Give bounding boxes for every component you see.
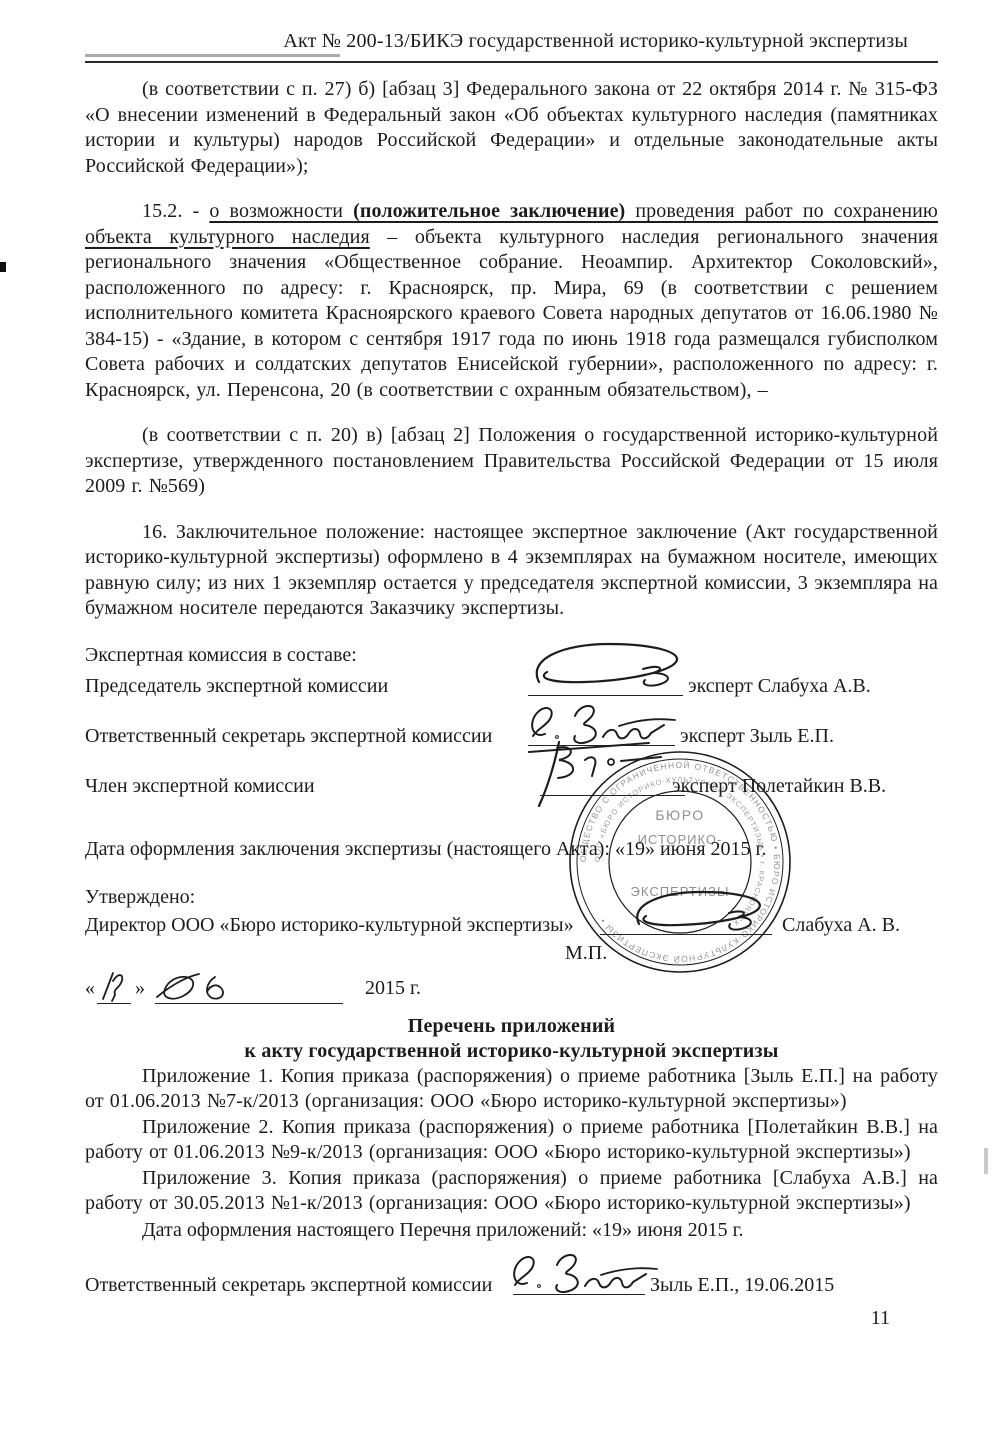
committee-intro: Экспертная комиссия в составе: [85, 642, 938, 668]
handwritten-month-line [155, 969, 343, 1004]
expert-name: эксперт Зыль Е.П. [680, 725, 834, 748]
paragraph-15-2: 15.2. - о возможности (положительное зак… [85, 199, 938, 403]
appendix-title-line1: Перечень приложений [85, 1014, 938, 1039]
secretary-name-date: Зыль Е.П., 19.06.2015 [650, 1274, 834, 1297]
paragraph-16-final-provision: 16. Заключительное положение: настоящее … [85, 520, 938, 622]
clause-number: 15.2. - [142, 200, 209, 222]
signature-zyl-footer [505, 1249, 665, 1299]
secretary-label: Ответственный секретарь экспертной комис… [85, 1274, 492, 1297]
seal-place-mark: М.П. [85, 940, 938, 966]
clause-underlined-lead: о возможности [209, 200, 353, 222]
conclusion-date-line: Дата оформления заключения экспертизы (н… [85, 836, 938, 862]
year-label: 2015 г. [365, 977, 421, 1000]
signature-poletaykin [527, 736, 677, 812]
appendix-item-2: Приложение 2. Копия приказа (распоряжени… [85, 1115, 938, 1166]
positive-conclusion-emphasis: (положительное заключение) [353, 200, 625, 222]
expert-name: эксперт Полетайкин В.В. [672, 775, 886, 798]
appendix-item-1: Приложение 1. Копия приказа (распоряжени… [85, 1064, 938, 1115]
header-rule-smear [85, 54, 340, 57]
scan-artifact-right-edge [984, 1148, 988, 1174]
role-label: Ответственный секретарь экспертной комис… [85, 725, 492, 748]
signature-row-member: Член экспертной комиссии эксперт Полетай… [85, 756, 938, 806]
expert-name: эксперт Слабуха А.В. [688, 675, 871, 698]
appendix-date-line: Дата оформления настоящего Перечня прило… [85, 1218, 938, 1244]
signature-row-secretary: Ответственный секретарь экспертной комис… [85, 706, 938, 756]
quote-close: » [135, 977, 145, 1000]
committee-block: Экспертная комиссия в составе: Председат… [85, 642, 938, 806]
quote-open: « [85, 977, 95, 1000]
handwritten-day [97, 969, 127, 1003]
clause-rest-text: – объекта культурного наследия региональ… [85, 226, 938, 401]
approved-label: Утверждено: [85, 884, 938, 910]
appendix-item-3: Приложение 3. Копия приказа (распоряжени… [85, 1166, 938, 1217]
director-name: Слабуха А. В. [782, 914, 900, 937]
handwritten-month [155, 969, 245, 1003]
page-number: 11 [85, 1305, 938, 1331]
paragraph-law-ref-27: (в соответствии с п. 27) б) [абзац 3] Фе… [85, 77, 938, 179]
role-label: Член экспертной комиссии [85, 775, 315, 798]
director-signature-row: Директор ООО «Бюро историко-культурной э… [85, 910, 938, 940]
page-title: Акт № 200-13/БИКЭ государственной истори… [85, 0, 938, 53]
signature-slabukha [523, 638, 693, 700]
signature-director-slabukha [625, 886, 775, 938]
scanned-document-page: ОБЩЕСТВО С ОГРАНИЧЕННОЙ ОТВЕТСТВЕННОСТЬЮ… [0, 0, 1000, 1432]
header-rule [85, 57, 938, 63]
handwritten-date-row: « » 2015 г. [85, 966, 938, 1006]
director-label: Директор ООО «Бюро историко-культурной э… [85, 914, 574, 937]
paragraph-law-ref-20: (в соответствии с п. 20) в) [абзац 2] По… [85, 423, 938, 500]
footer-secretary-row: Ответственный секретарь экспертной комис… [85, 1253, 938, 1305]
appendix-title-line2: к акту государственной историко-культурн… [85, 1039, 938, 1064]
role-label: Председатель экспертной комиссии [85, 675, 388, 698]
handwritten-day-line [97, 969, 131, 1004]
scan-artifact-left-edge [0, 262, 6, 272]
signature-row-chairman: Председатель экспертной комиссии эксперт… [85, 668, 938, 706]
